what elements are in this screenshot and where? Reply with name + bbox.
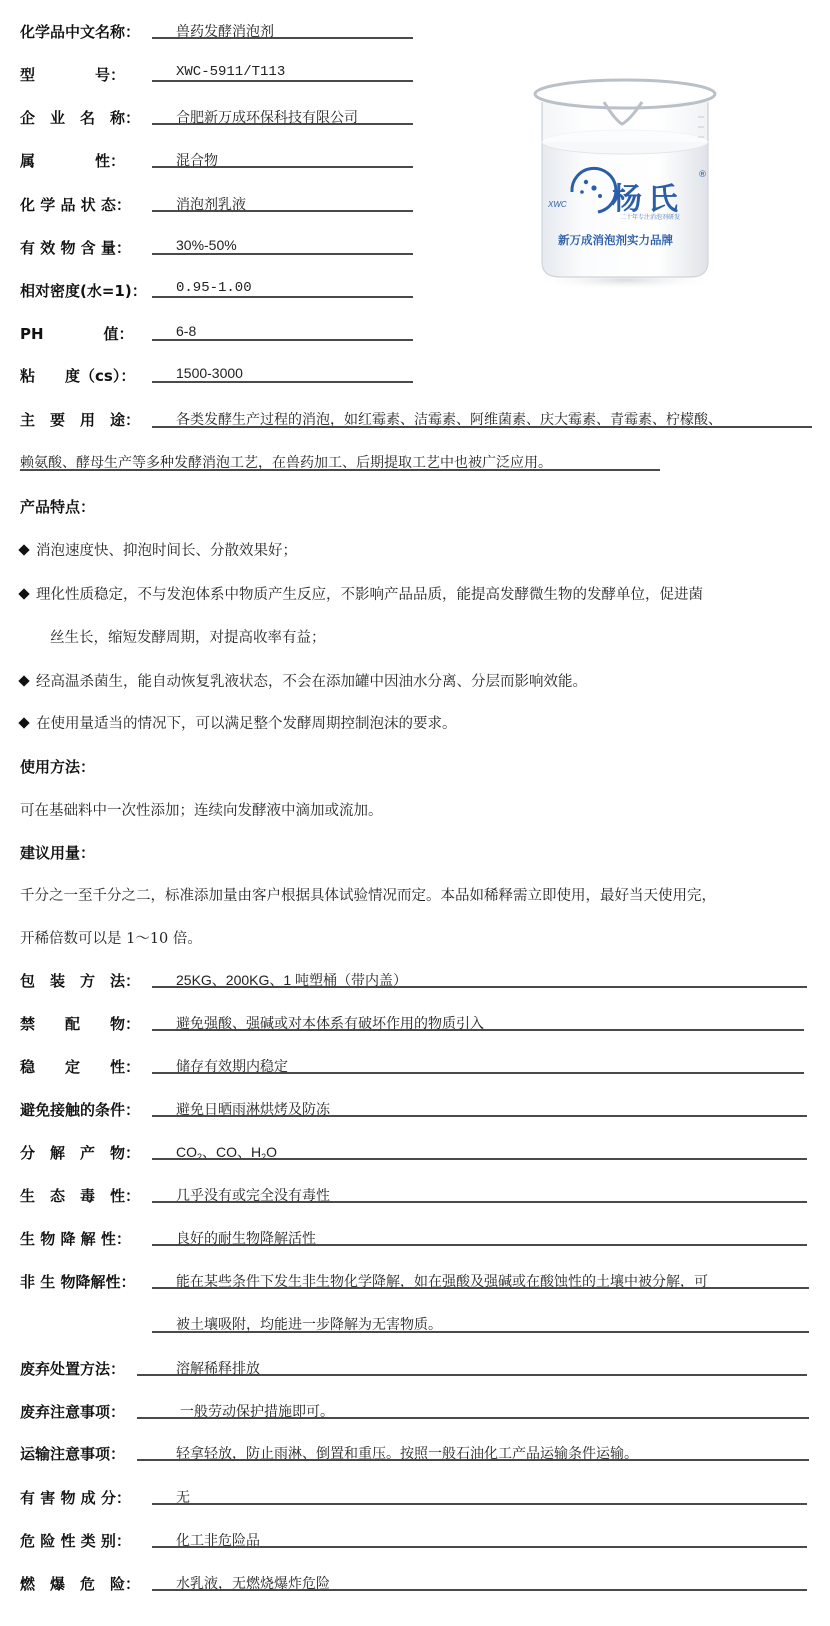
field-label-active-content: 有 效 物 含 量： [20, 237, 131, 258]
feature-item: 理化性质稳定，不与发泡体系中物质产生反应，不影响产品品质，能提高发酵微生物的发酵… [20, 583, 703, 604]
underline [152, 1331, 809, 1333]
feature-item: 在使用量适当的情况下，可以满足整个发酵周期控制泡沫的要求。 [20, 712, 457, 733]
underline [152, 1029, 804, 1031]
dosage-line1: 千分之一至千分之二，标准添加量由客户根据具体试验情况而定。本品如稀释需立即使用，… [20, 884, 716, 905]
field-label-packaging: 包 装 方 法： [20, 970, 140, 991]
underline [152, 381, 413, 383]
field-label-ecotoxicity: 生 态 毒 性： [20, 1185, 140, 1206]
feature-item: 消泡速度快、抑泡时间长、分散效果好； [20, 539, 297, 560]
underline [152, 253, 413, 255]
field-label-hazard-class: 危 险 性 类 别： [20, 1530, 131, 1551]
product-image-beaker: XWC 杨氏 ® 二十年专注消泡剂研发 新万成消泡剂实力品牌 [520, 62, 730, 292]
field-label-avoid-conditions: 避免接触的条件： [20, 1099, 140, 1120]
underline [137, 1417, 809, 1419]
underline [152, 1287, 809, 1289]
field-label-disposal-method: 废弃处置方法： [20, 1358, 125, 1379]
field-label-density: 相对密度(水=1)： [20, 280, 147, 301]
field-value-density: 0.95-1.00 [176, 280, 252, 296]
underline [137, 1374, 807, 1376]
feature-item: 经高温杀菌生，能自动恢复乳液状态，不会在添加罐中因油水分离、分层而影响效能。 [20, 670, 587, 691]
underline [152, 80, 413, 82]
field-label-state: 化 学 品 状 态： [20, 194, 131, 215]
usage-text: 可在基础料中一次性添加；连续向发酵液中滴加或流加。 [20, 799, 383, 820]
field-value-model: XWC-5911/T113 [176, 64, 285, 80]
dosage-line2: 开稀倍数可以是 1～10 倍。 [20, 927, 202, 948]
underline [152, 1589, 807, 1591]
underline [152, 210, 413, 212]
field-label-incompatible: 禁 配 物： [20, 1013, 140, 1034]
underline [152, 1072, 804, 1074]
underline [152, 1546, 807, 1548]
registered-mark: ® [698, 170, 707, 180]
field-value-ph: 6-8 [176, 323, 196, 339]
field-label-fire-explosion: 燃 爆 危 险： [20, 1573, 140, 1594]
usage-heading: 使用方法： [20, 756, 95, 777]
dosage-heading: 建议用量： [20, 842, 95, 863]
diamond-bullet-icon [18, 717, 29, 728]
field-label-model: 型 号： [20, 64, 125, 85]
field-label-main-use: 主 要 用 途： [20, 409, 140, 430]
underline [152, 37, 413, 39]
field-label-disposal-notes: 废弃注意事项： [20, 1401, 125, 1422]
underline [152, 123, 413, 125]
diamond-bullet-icon [18, 588, 29, 599]
diamond-bullet-icon [18, 675, 29, 686]
underline [152, 339, 413, 341]
field-label-company: 企 业 名 称： [20, 107, 140, 128]
underline [152, 1244, 807, 1246]
underline [152, 426, 812, 428]
underline [137, 1459, 809, 1461]
underline [152, 986, 807, 988]
underline [152, 166, 413, 168]
field-value-active-content: 30%-50% [176, 237, 237, 253]
brand-tagline: 二十年专注消泡剂研发 [620, 212, 680, 221]
underline [20, 469, 660, 471]
underline [152, 1201, 807, 1203]
field-label-viscosity: 粘 度（cs）： [20, 365, 135, 386]
field-label-chem-name: 化学品中文名称： [20, 21, 140, 42]
underline [152, 1503, 807, 1505]
feature-item-continuation: 丝生长，缩短发酵周期，对提高收率有益； [50, 626, 326, 647]
field-label-property: 属 性： [20, 150, 125, 171]
logo-text: XWC [548, 200, 567, 209]
field-label-ph: PH 值： [20, 323, 134, 344]
field-label-abiotic-degradability: 非 生 物降解性： [20, 1271, 135, 1292]
field-label-stability: 稳 定 性： [20, 1056, 140, 1077]
underline [152, 296, 413, 298]
underline [152, 1115, 807, 1117]
features-heading: 产品特点： [20, 496, 95, 517]
underline [152, 1158, 807, 1160]
diamond-bullet-icon [18, 544, 29, 555]
field-label-decomposition: 分 解 产 物： [20, 1142, 140, 1163]
brand-slogan: 新万成消泡剂实力品牌 [558, 232, 673, 248]
field-label-hazardous-components: 有 害 物 成 分： [20, 1487, 131, 1508]
field-label-biodegradability: 生 物 降 解 性： [20, 1228, 131, 1249]
field-label-transport-notes: 运输注意事项： [20, 1443, 125, 1464]
field-value-viscosity: 1500-3000 [176, 365, 243, 381]
